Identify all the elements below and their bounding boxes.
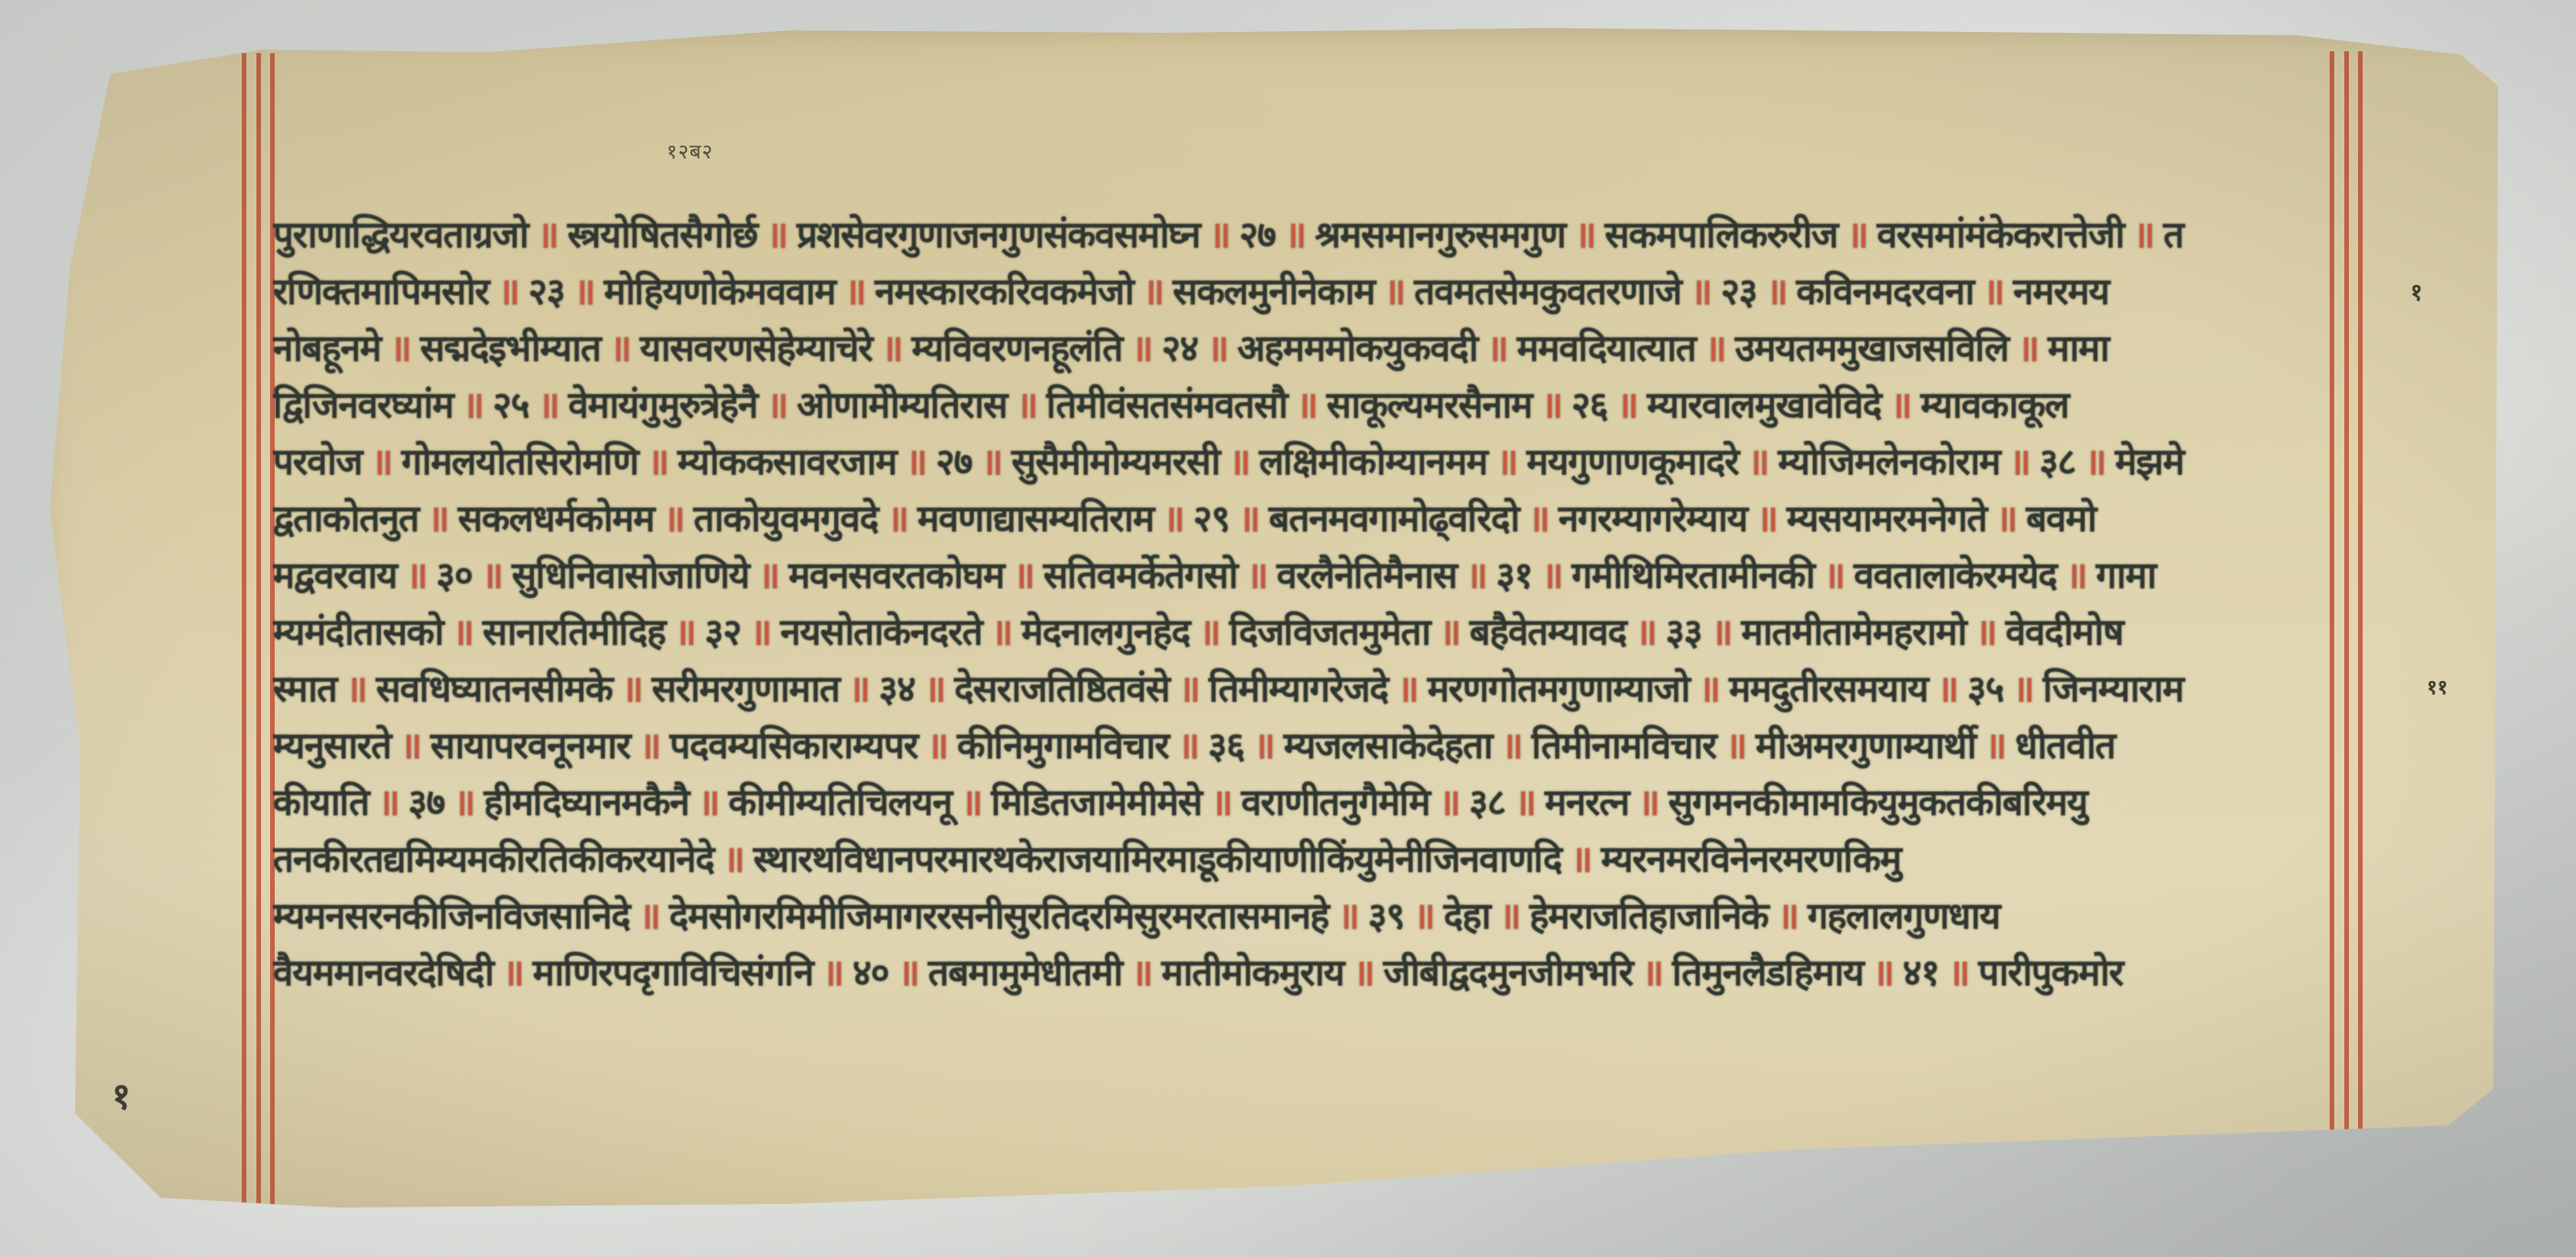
text-segment: तबमामुमेधीतमी: [929, 952, 1123, 994]
text-segment: ताकोयुवमगुवदे: [693, 498, 878, 540]
text-segment: सतिवमर्केतेगसो: [1043, 555, 1237, 597]
verse-divider-danda: ॥: [1397, 668, 1418, 710]
verse-divider-danda: ॥: [1179, 668, 1200, 710]
text-segment: कीमीम्यतिचिलयनू: [728, 782, 951, 824]
verse-divider-danda: ॥: [1756, 498, 1777, 540]
manuscript-line: पुराणाद्धियरवताग्रजो॥स्त्रयोषितसैगोर्छ॥प…: [273, 207, 2352, 264]
text-segment: बहैवेतम्यावद: [1470, 612, 1626, 654]
verse-divider-danda: ॥: [1847, 214, 1868, 256]
text-segment: ३२: [705, 612, 742, 654]
text-segment: म्यनुसारते: [273, 725, 391, 767]
verse-divider-danda: ॥: [822, 952, 843, 994]
verse-divider-danda: ॥: [1983, 271, 2004, 313]
text-segment: यासवरणसेहेम्याचेरे: [640, 328, 873, 370]
verse-divider-danda: ॥: [961, 782, 982, 824]
text-segment: बतनमवगामोढ्वरिदो: [1268, 498, 1518, 540]
verse-divider-danda: ॥: [1297, 385, 1318, 427]
verse-divider-danda: ॥: [849, 668, 870, 710]
verse-divider-danda: ॥: [1995, 498, 2016, 540]
text-segment: म्यरनमरविनेनरमरणकिमु: [1601, 839, 1901, 881]
text-segment: म्यावकाकूल: [1920, 385, 2069, 427]
text-segment: ३९: [1368, 895, 1405, 937]
verse-divider-danda: ॥: [498, 271, 519, 313]
manuscript-line: द्वताकोतनुत॥सकलधर्मकोमम॥ताकोयुवमगुवदे॥मव…: [273, 491, 2352, 547]
verse-divider-danda: ॥: [1642, 952, 1663, 994]
verse-divider-danda: ॥: [1541, 555, 1562, 597]
verse-divider-danda: ॥: [766, 214, 788, 256]
text-segment: मातमीतामेमहरामो: [1741, 612, 1966, 654]
verse-divider-danda: ॥: [1254, 725, 1275, 767]
verse-divider-danda: ॥: [400, 725, 421, 767]
verse-divider-danda: ॥: [1466, 555, 1487, 597]
text-segment: सुगमनकीमामकियुमुकतकीबरिमयु: [1668, 782, 2087, 824]
text-segment: २६: [1571, 385, 1608, 427]
verse-divider-danda: ॥: [1528, 498, 1549, 540]
text-segment: ३३: [1666, 612, 1702, 654]
text-segment: सद्मदेइभीम्यात: [420, 328, 601, 370]
text-segment: पुराणाद्धियरवताग्रजो: [273, 214, 528, 256]
text-segment: ममवदियात्यात: [1516, 328, 1695, 370]
verse-divider-danda: ॥: [1574, 214, 1595, 256]
text-segment: देसराजतिष्ठितवंसे: [954, 668, 1169, 710]
text-segment: हीमदिघ्यानमकैनै: [484, 782, 689, 824]
text-segment: ३७: [408, 782, 445, 824]
text-segment: सकलधर्मकोमम: [458, 498, 654, 540]
verse-divider-danda: ॥: [927, 725, 948, 767]
text-segment: २७: [936, 441, 973, 483]
verse-divider-danda: ॥: [1285, 214, 1306, 256]
text-segment: माणिरपदृगाविचिसंगनि: [533, 952, 813, 994]
verse-divider-danda: ॥: [1211, 782, 1232, 824]
text-segment: ३८: [2039, 441, 2076, 483]
text-segment: २७: [1239, 214, 1276, 256]
text-segment: मेझमे: [2115, 441, 2184, 483]
right-margin-numeral: १: [2410, 275, 2423, 308]
text-segment: पारीपुकमोर: [1978, 952, 2123, 994]
text-segment: जिनम्याराम: [2043, 668, 2183, 710]
verse-divider-danda: ॥: [622, 668, 643, 710]
verse-divider-danda: ॥: [1636, 612, 1657, 654]
text-segment: म्यमंदीतासको: [273, 612, 443, 654]
text-segment: मीअमरगुणाम्यार्थी: [1755, 725, 1975, 767]
verse-divider-danda: ॥: [1013, 555, 1034, 597]
manuscript-line: रणिक्तमापिमसोर॥२३॥मोहियणोकेमववाम॥नमस्कार…: [273, 264, 2352, 320]
verse-divider-danda: ॥: [1948, 952, 1969, 994]
verse-divider-danda: ॥: [1890, 385, 1911, 427]
text-segment: म्योजिमलेनकोराम: [1777, 441, 2000, 483]
verse-divider-danda: ॥: [1246, 555, 1267, 597]
verse-divider-danda: ॥: [1873, 952, 1894, 994]
verse-divider-danda: ॥: [1541, 385, 1562, 427]
verse-divider-danda: ॥: [610, 328, 631, 370]
text-segment: मिडितजामेमीमेसे: [991, 782, 1201, 824]
manuscript-line: म्यमंदीतासको॥सानारतिमीदिह॥३२॥नयसोताकेनदर…: [273, 604, 2352, 661]
verse-divider-danda: ॥: [2133, 214, 2154, 256]
verse-divider-danda: ॥: [647, 441, 668, 483]
text-segment: धीतवीत: [2015, 725, 2114, 767]
verse-divider-danda: ॥: [371, 441, 392, 483]
verse-divider-danda: ॥: [1209, 214, 1230, 256]
text-segment: बवमो: [2026, 498, 2095, 540]
manuscript-line: वैयममानवरदेषिदी॥माणिरपदृगाविचिसंगनि॥४०॥त…: [273, 945, 2352, 1002]
text-segment: स्मात: [273, 668, 337, 710]
left-margin-rule: [242, 53, 275, 1243]
text-segment: ओणामेोम्यतिरास: [797, 385, 1007, 427]
text-segment: मेदनालगुनहेद: [1021, 612, 1190, 654]
left-margin-numeral: १: [112, 1069, 131, 1120]
text-segment: देमसोगरमिमीजिमागररसनीसुरतिदरमिसुरमरतासमा…: [669, 895, 1329, 937]
verse-divider-danda: ॥: [1413, 895, 1434, 937]
text-segment: ममदुतीरसमयाय: [1729, 668, 1928, 710]
verse-divider-danda: ॥: [1638, 782, 1659, 824]
verse-divider-danda: ॥: [1705, 328, 1726, 370]
text-segment: ३६: [1208, 725, 1245, 767]
text-segment: सुधिनिवासोजाणिये: [512, 555, 749, 597]
verse-divider-danda: ॥: [1711, 612, 1732, 654]
verse-divider-danda: ॥: [1984, 725, 2005, 767]
text-segment: म्यसयामरमनेगते: [1787, 498, 1987, 540]
verse-divider-danda: ॥: [1487, 328, 1508, 370]
verse-divider-danda: ॥: [2085, 441, 2106, 483]
text-segment: जीबीद्वदमुनजीमभरि: [1384, 952, 1633, 994]
verse-divider-danda: ॥: [1502, 725, 1523, 767]
text-segment: द्विजिनवरघ्यांम: [273, 385, 453, 427]
verse-divider-danda: ॥: [538, 214, 559, 256]
verse-divider-danda: ॥: [1353, 952, 1375, 994]
text-segment: वरलैनेतिमैनास: [1277, 555, 1457, 597]
verse-divider-danda: ॥: [1163, 498, 1184, 540]
text-segment: कीनिमुगामविचार: [957, 725, 1168, 767]
text-segment: प्रशसेवरगुणाजनगुणसंकवसमोघ्न: [797, 214, 1200, 256]
verse-divider-danda: ॥: [882, 328, 903, 370]
verse-divider-danda: ॥: [1515, 782, 1536, 824]
text-segment: श्रमसमानगुरुसमगुण: [1315, 214, 1566, 256]
text-segment: तिमीम्यागरेजदे: [1209, 668, 1388, 710]
text-segment: ४१: [1903, 952, 1940, 994]
text-segment: गामा: [2096, 555, 2156, 597]
text-segment: तिमीवंसतसंमवतसौ: [1047, 385, 1288, 427]
text-segment: देहा: [1443, 895, 1490, 937]
verse-divider-danda: ॥: [1823, 555, 1844, 597]
verse-divider-danda: ॥: [1440, 612, 1461, 654]
verse-divider-danda: ॥: [1207, 328, 1228, 370]
text-segment: परवोज: [273, 441, 362, 483]
text-segment: तिमीनामविचार: [1531, 725, 1716, 767]
verse-divider-danda: ॥: [1747, 441, 1768, 483]
text-segment: कविनमदरवना: [1797, 271, 1974, 313]
text-segment: वेमायंगुमुरुत्रेहेनै: [569, 385, 758, 427]
verse-divider-danda: ॥: [1496, 441, 1517, 483]
verse-divider-danda: ॥: [1617, 385, 1638, 427]
text-segment: उमयतममुखाजसविलि: [1735, 328, 2009, 370]
text-segment: दिजविजतमुमेता: [1229, 612, 1429, 654]
verse-divider-danda: ॥: [503, 952, 524, 994]
text-segment: सकलमुनीनेकाम: [1173, 271, 1375, 313]
verse-divider-danda: ॥: [924, 668, 945, 710]
text-segment: ववतालाकेरमयेद: [1853, 555, 2057, 597]
verse-divider-danda: ॥: [346, 668, 367, 710]
manuscript-line: कीयाति॥३७॥हीमदिघ्यानमकैनै॥कीमीम्यतिचिलयन…: [273, 775, 2352, 831]
verse-divider-danda: ॥: [2066, 555, 2087, 597]
text-segment: लक्षिमीकोम्यानमम: [1259, 441, 1487, 483]
verse-divider-danda: ॥: [906, 441, 927, 483]
text-segment: ४०: [853, 952, 889, 994]
text-segment: तनकीरतद्यमिम्यमकीरतिकीकरयानेदे: [273, 839, 714, 881]
text-segment: म्यजलसाकेदेहता: [1284, 725, 1493, 767]
manuscript-line: स्मात॥सवधिघ्यातनसीमके॥सरीमरगुणामात॥३४॥दे…: [273, 661, 2352, 718]
verse-divider-danda: ॥: [698, 782, 719, 824]
text-segment: मोहियणोकेमववाम: [603, 271, 835, 313]
verse-divider-danda: ॥: [844, 271, 865, 313]
text-segment: मयगुणाणकूमादरे: [1527, 441, 1738, 483]
verse-divider-danda: ॥: [1725, 725, 1746, 767]
verse-divider-danda: ॥: [1571, 839, 1592, 881]
text-segment: मातीमोकमुराय: [1161, 952, 1343, 994]
text-segment: वैयममानवरदेषिदी: [273, 952, 494, 994]
text-segment: मनरत्न: [1545, 782, 1629, 824]
folio-top-mark: १२ब२: [667, 137, 713, 165]
text-segment: अहमममोकयुकवदी: [1237, 328, 1477, 370]
text-segment: मद्ववरवाय: [273, 555, 397, 597]
verse-divider-danda: ॥: [766, 385, 788, 427]
verse-divider-danda: ॥: [1384, 271, 1405, 313]
manuscript-line: द्विजिनवरघ्यांम॥२५॥वेमायंगुमुरुत्रेहेनै॥…: [273, 377, 2352, 434]
text-segment: म्यारवालमुखावेविदे: [1647, 385, 1882, 427]
text-segment: म्यमनसरनकीजिनविजसानिदे: [273, 895, 630, 937]
manuscript-line: मद्ववरवाय॥३०॥सुधिनिवासोजाणिये॥मवनसवरतकोघ…: [273, 547, 2352, 604]
text-segment: सुसैमीमोम्यमरसी: [1011, 441, 1220, 483]
verse-divider-danda: ॥: [1439, 782, 1460, 824]
manuscript-text-block: पुराणाद्धियरवताग्रजो॥स्त्रयोषितसैगोर्छ॥प…: [273, 207, 2352, 1002]
text-segment: २३: [528, 271, 565, 313]
text-segment: नगरम्यागरेम्याय: [1559, 498, 1747, 540]
text-segment: कीयाति: [273, 782, 369, 824]
text-segment: सानारतिमीदिह: [483, 612, 666, 654]
verse-divider-danda: ॥: [1131, 952, 1152, 994]
text-segment: वराणीतनुगैमेमि: [1241, 782, 1429, 824]
text-segment: २५: [493, 385, 529, 427]
text-segment: स्थारथविधानपरमारथकेराजयामिरमाडूकीयाणीकिं…: [754, 839, 1562, 881]
text-segment: सरीमरगुणामात: [652, 668, 840, 710]
verse-divider-danda: ॥: [452, 612, 473, 654]
text-segment: पदवम्यसिकाराम्यपर: [669, 725, 918, 767]
text-segment: मरणगोतमगुणाम्याजो: [1428, 668, 1690, 710]
verse-divider-danda: ॥: [2009, 441, 2030, 483]
verse-divider-danda: ॥: [898, 952, 919, 994]
text-segment: वरसमांमंकेकरात्तेजी: [1877, 214, 2125, 256]
verse-divider-danda: ॥: [1766, 271, 1788, 313]
verse-divider-danda: ॥: [981, 441, 1002, 483]
text-segment: वेवदीमोष: [2005, 612, 2123, 654]
text-segment: २३: [1721, 271, 1757, 313]
verse-divider-danda: ॥: [663, 498, 684, 540]
verse-divider-danda: ॥: [1690, 271, 1712, 313]
manuscript-line: नोबहूनमे॥सद्मदेइभीम्यात॥यासवरणसेहेम्याचे…: [273, 320, 2352, 377]
verse-divider-danda: ॥: [750, 612, 771, 654]
text-segment: ३८: [1469, 782, 1505, 824]
verse-divider-danda: ॥: [1199, 612, 1220, 654]
text-segment: रणिक्तमापिमसोर: [273, 271, 489, 313]
text-segment: स्त्रयोषितसैगोर्छ: [568, 214, 757, 256]
verse-divider-danda: ॥: [723, 839, 745, 881]
verse-divider-danda: ॥: [1777, 895, 1799, 937]
text-segment: म्यविवरणनहूलंति: [912, 328, 1123, 370]
verse-divider-danda: ॥: [991, 612, 1012, 654]
verse-divider-danda: ॥: [482, 555, 503, 597]
verse-divider-danda: ॥: [887, 498, 908, 540]
verse-divider-danda: ॥: [1229, 441, 1250, 483]
verse-divider-danda: ॥: [1937, 668, 1958, 710]
verse-divider-danda: ॥: [378, 782, 399, 824]
verse-divider-danda: ॥: [2013, 668, 2034, 710]
text-segment: सकमपालिकरुरीज: [1604, 214, 1837, 256]
right-margin-numeral: ११: [2427, 673, 2448, 700]
verse-divider-danda: ॥: [1499, 895, 1520, 937]
verse-divider-danda: ॥: [1975, 612, 1996, 654]
verse-divider-danda: ॥: [1016, 385, 1038, 427]
text-segment: गोमलयोतसिरोमणि: [401, 441, 638, 483]
verse-divider-danda: ॥: [428, 498, 449, 540]
text-segment: नमरमय: [2013, 271, 2109, 313]
text-segment: नमस्कारकरिवकमेजो: [875, 271, 1133, 313]
text-segment: त: [2163, 214, 2183, 256]
text-segment: नोबहूनमे: [273, 328, 381, 370]
text-segment: मामा: [2048, 328, 2109, 370]
text-segment: गमीथिमिरतामीनकी: [1571, 555, 1814, 597]
text-segment: साकूल्यमरसैनाम: [1327, 385, 1532, 427]
verse-divider-danda: ॥: [390, 328, 411, 370]
text-segment: गहलालगुणधाय: [1808, 895, 2000, 937]
text-segment: म्योककसावरजाम: [678, 441, 897, 483]
text-segment: २९: [1193, 498, 1230, 540]
verse-divider-danda: ॥: [462, 385, 484, 427]
verse-divider-danda: ॥: [574, 271, 595, 313]
verse-divider-danda: ॥: [406, 555, 427, 597]
verse-divider-danda: ॥: [639, 725, 660, 767]
manuscript-line: तनकीरतद्यमिम्यमकीरतिकीकरयानेदे॥स्थारथविध…: [273, 831, 2352, 888]
text-segment: ३०: [436, 555, 473, 597]
verse-divider-danda: ॥: [1143, 271, 1164, 313]
verse-divider-danda: ॥: [675, 612, 696, 654]
text-segment: तिमुनलैडहिमाय: [1672, 952, 1864, 994]
verse-divider-danda: ॥: [2017, 328, 2038, 370]
manuscript-line: परवोज॥गोमलयोतसिरोमणि॥म्योककसावरजाम॥२७॥सु…: [273, 434, 2352, 491]
text-segment: तवमतसेमकुवतरणाजे: [1414, 271, 1681, 313]
text-segment: सवधिघ्यातनसीमके: [376, 668, 613, 710]
verse-divider-danda: ॥: [538, 385, 560, 427]
verse-divider-danda: ॥: [1178, 725, 1199, 767]
verse-divider-danda: ॥: [758, 555, 779, 597]
verse-divider-danda: ॥: [1239, 498, 1260, 540]
text-segment: २४: [1162, 328, 1199, 370]
verse-divider-danda: ॥: [1699, 668, 1720, 710]
manuscript-line: म्यनुसारते॥सायापरवनूनमार॥पदवम्यसिकाराम्य…: [273, 718, 2352, 775]
text-segment: ३४: [879, 668, 916, 710]
text-segment: सायापरवनूनमार: [430, 725, 630, 767]
verse-divider-danda: ॥: [1338, 895, 1359, 937]
text-segment: मवनसवरतकोघम: [788, 555, 1004, 597]
verse-divider-danda: ॥: [1132, 328, 1153, 370]
text-segment: ३५: [1967, 668, 2004, 710]
text-segment: द्वताकोतनुत: [273, 498, 418, 540]
text-segment: मवणाद्यासम्यतिराम: [918, 498, 1154, 540]
verse-divider-danda: ॥: [453, 782, 474, 824]
manuscript-line: म्यमनसरनकीजिनविजसानिदे॥देमसोगरमिमीजिमागर…: [273, 888, 2352, 945]
text-segment: ३१: [1496, 555, 1533, 597]
text-segment: नयसोताकेनदरते: [780, 612, 982, 654]
verse-divider-danda: ॥: [639, 895, 660, 937]
text-segment: हेमराजतिहाजानिके: [1529, 895, 1768, 937]
